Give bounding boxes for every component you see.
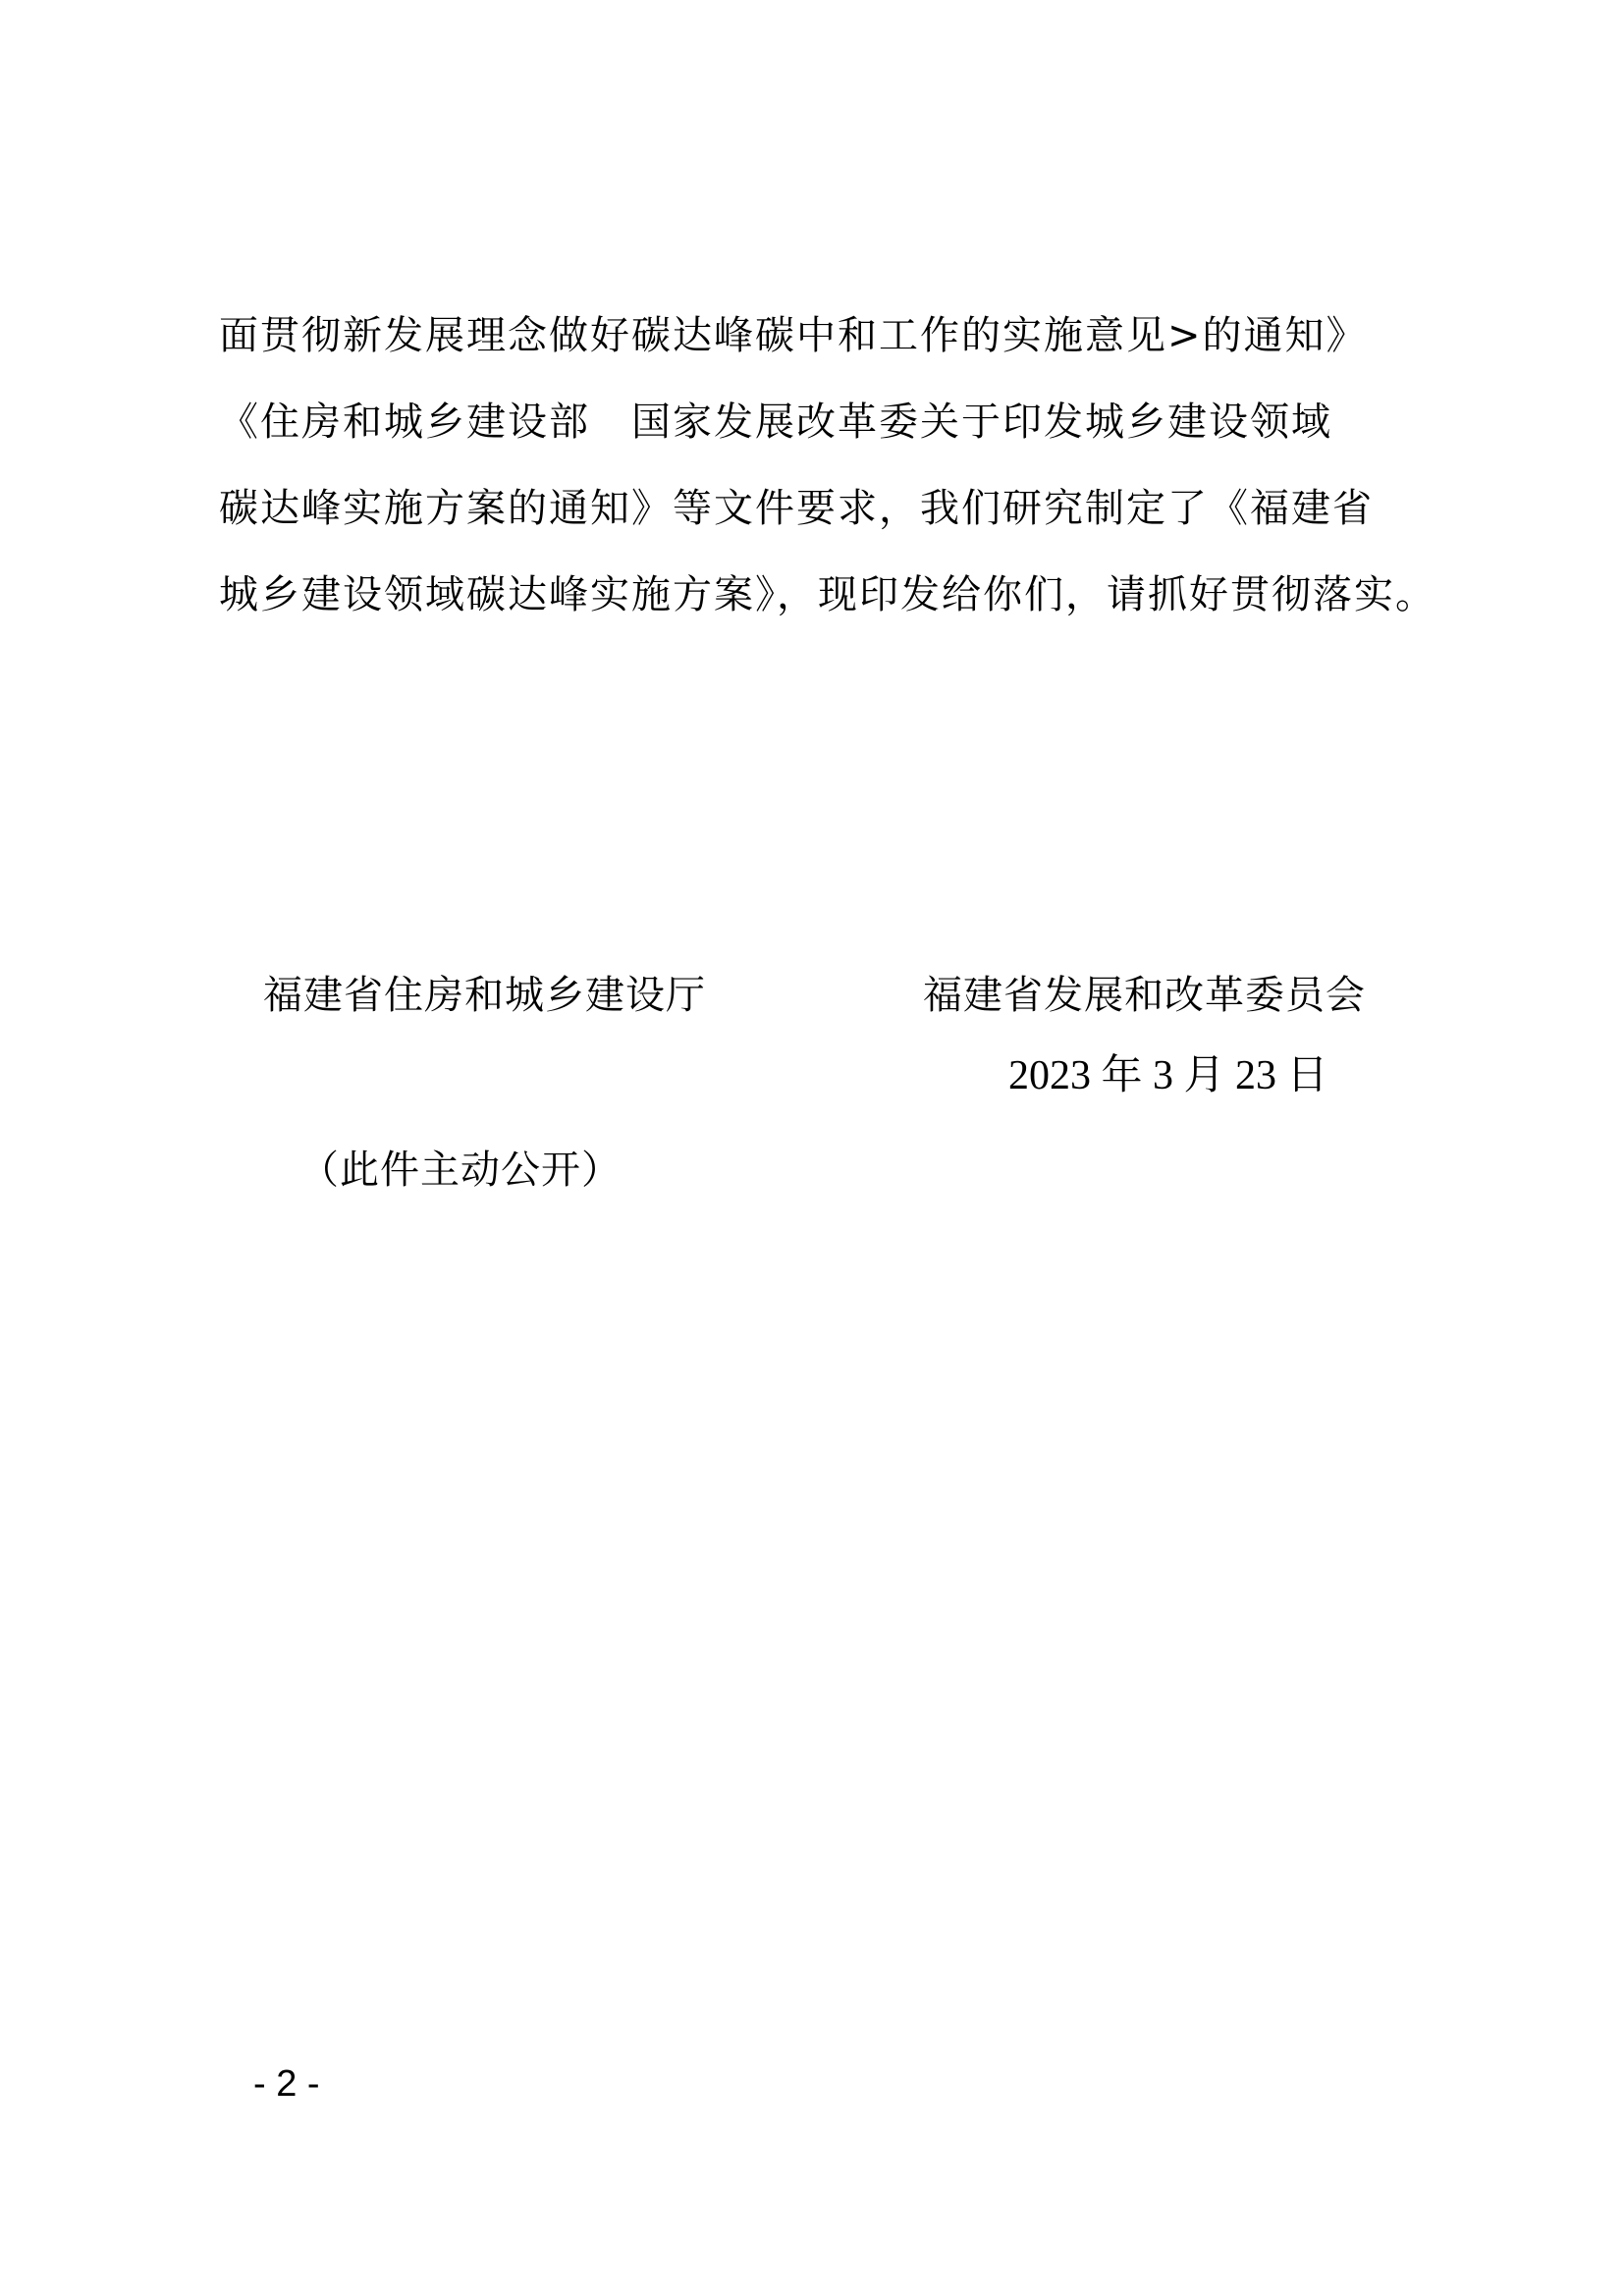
body-text-line-2: 《住房和城乡建设部 国家发展改革委关于印发城乡建设领域 — [219, 397, 1429, 448]
signature-development-commission: 福建省发展和改革委员会 — [923, 970, 1366, 1021]
issue-date: 2023 年 3 月 23 日 — [1008, 1050, 1328, 1101]
page-number: - 2 - — [253, 2061, 320, 2107]
signature-housing-department: 福建省住房和城乡建设厅 — [263, 970, 706, 1021]
disclosure-note: （此件主动公开） — [299, 1145, 622, 1196]
body-text-line-4: 城乡建设领域碳达峰实施方案》，现印发给你们，请抓好贯彻落实。 — [219, 569, 1429, 620]
body-text-line-1: 面贯彻新发展理念做好碳达峰碳中和工作的实施意见>的通知》 — [219, 310, 1429, 361]
body-text-line-3: 碳达峰实施方案的通知》等文件要求，我们研究制定了《福建省 — [219, 483, 1429, 534]
